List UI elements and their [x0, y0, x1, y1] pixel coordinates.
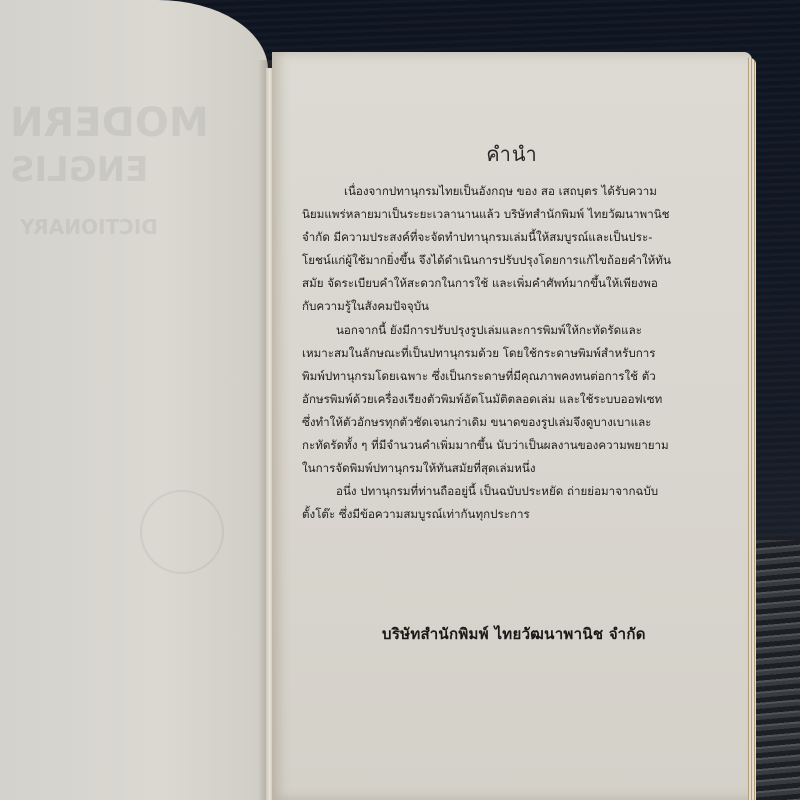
text-line: จำกัด มีความประสงค์ที่จะจัดทำปทานุกรมเล่…: [302, 226, 722, 249]
bleed-through-text: MODERN: [10, 100, 209, 146]
text-line: เนื่องจากปทานุกรมไทยเป็นอังกฤษ ของ สอ เส…: [302, 180, 722, 203]
bleed-through-text: ENGLIS: [10, 150, 148, 190]
preface-body: เนื่องจากปทานุกรมไทยเป็นอังกฤษ ของ สอ เส…: [302, 180, 722, 526]
paragraph-1: เนื่องจากปทานุกรมไทยเป็นอังกฤษ ของ สอ เส…: [302, 180, 722, 319]
left-page: MODERN ENGLIS DICTIONARY: [0, 0, 268, 800]
paragraph-2: นอกจากนี้ ยังมีการปรับปรุงรูปเล่มและการพ…: [302, 319, 722, 481]
text-line: สมัย จัดระเบียบคำให้สะดวกในการใช้ และเพิ…: [302, 272, 722, 295]
text-line: เหมาะสมในลักษณะที่เป็นปทานุกรมด้วย โดยใช…: [302, 342, 722, 365]
text-line: นอกจากนี้ ยังมีการปรับปรุงรูปเล่มและการพ…: [302, 319, 722, 342]
wood-table-edge: [750, 540, 800, 800]
publisher-signature: บริษัทสำนักพิมพ์ ไทยวัฒนาพานิช จำกัด: [382, 622, 646, 646]
paragraph-3: อนึ่ง ปทานุกรมที่ท่านถืออยู่นี้ เป็นฉบับ…: [302, 480, 722, 526]
text-line: โยชน์แก่ผู้ใช้มากยิ่งขึ้น จึงได้ดำเนินกา…: [302, 249, 722, 272]
text-line: อักษรพิมพ์ด้วยเครื่องเรียงตัวพิมพ์อัตโนม…: [302, 388, 722, 411]
text-line: ซึ่งทำให้ตัวอักษรทุกตัวชัดเจนกว่าเดิม ขน…: [302, 411, 722, 434]
preface-page: คำนำ เนื่องจากปทานุกรมไทยเป็นอังกฤษ ของ …: [272, 52, 752, 800]
bleed-through-stamp: [140, 490, 224, 574]
text-line: นิยมแพร่หลายมาเป็นระยะเวลานานแล้ว บริษัท…: [302, 203, 722, 226]
text-line: กะทัดรัดทั้ง ๆ ที่มีจำนวนคำเพิ่มมากขึ้น …: [302, 434, 722, 457]
text-line: อนึ่ง ปทานุกรมที่ท่านถืออยู่นี้ เป็นฉบับ…: [302, 480, 722, 503]
text-line: ตั้งโต๊ะ ซึ่งมีข้อความสมบูรณ์เท่ากันทุกป…: [302, 503, 722, 526]
bleed-through-text: DICTIONARY: [20, 215, 158, 239]
text-line: ในการจัดพิมพ์ปทานุกรมให้ทันสมัยที่สุดเล่…: [302, 457, 722, 480]
page-title: คำนำ: [272, 138, 752, 170]
text-line: พิมพ์ปทานุกรมโดยเฉพาะ ซึ่งเป็นกระดาษที่ม…: [302, 365, 722, 388]
text-line: กับความรู้ในสังคมปัจจุบัน: [302, 295, 722, 318]
